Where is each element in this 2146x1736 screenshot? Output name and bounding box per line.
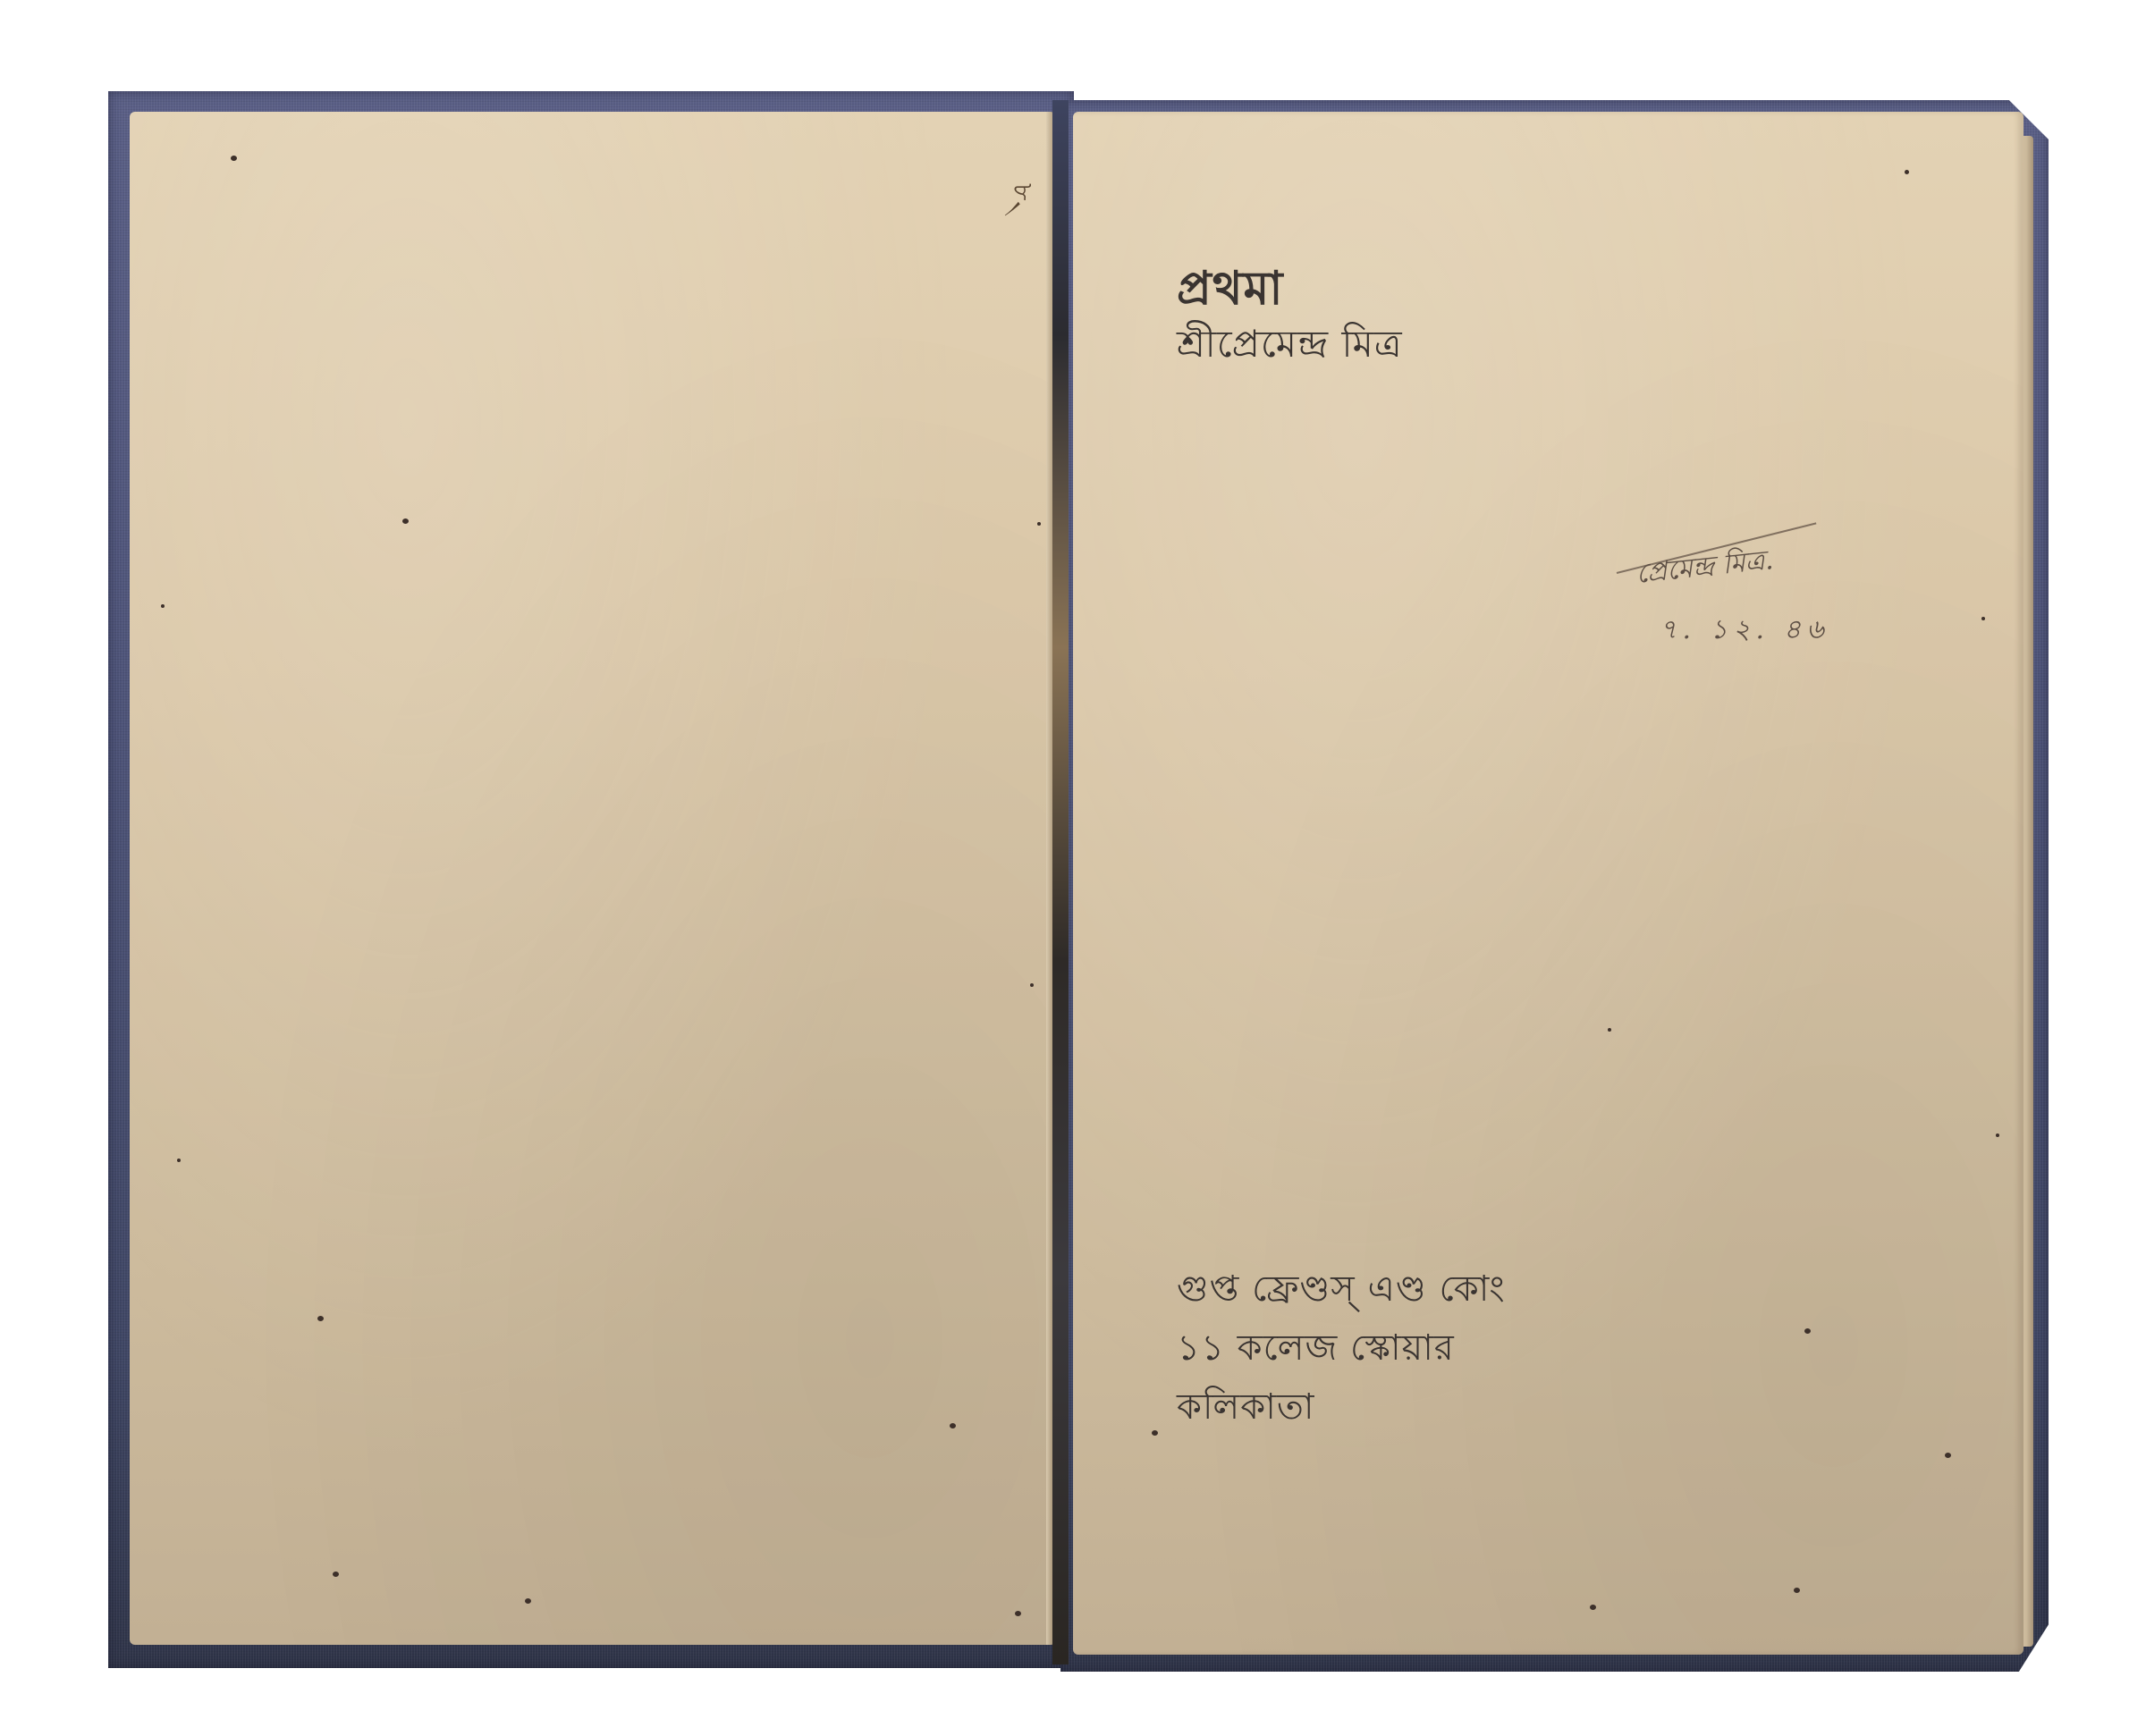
paper-speck	[1996, 1133, 1999, 1137]
gutter-page-edge	[1046, 112, 1052, 1645]
paper-speck	[1152, 1430, 1158, 1436]
paper-speck	[333, 1572, 339, 1577]
paper-speck	[1804, 1328, 1811, 1334]
paper-speck	[1608, 1028, 1611, 1032]
handwritten-date: ৭. ১২. ৪৬	[1660, 608, 1829, 653]
ink-stain-mark: ৮৲	[1009, 183, 1035, 317]
paper-speck	[1030, 983, 1034, 987]
paper-speck	[1037, 522, 1041, 526]
paper-speck	[231, 156, 237, 161]
paper-speck	[161, 604, 165, 608]
paper-speck	[402, 518, 409, 524]
paper-speck	[317, 1316, 324, 1321]
paper-speck	[1794, 1588, 1800, 1593]
publisher-city: কলিকাতা	[1177, 1378, 1314, 1438]
left-page	[130, 112, 1055, 1645]
paper-speck	[1981, 617, 1985, 620]
publisher-name: গুপ্ত ফ্রেণ্ডস্ এণ্ড কোং	[1177, 1260, 1506, 1320]
book-gutter	[1052, 100, 1069, 1664]
paper-speck	[1015, 1611, 1021, 1616]
paper-speck	[525, 1598, 531, 1604]
paper-speck	[950, 1423, 956, 1428]
book-author: শ্রীপ্রেমেন্দ্র মিত্র	[1177, 315, 1403, 378]
paper-speck	[1590, 1605, 1596, 1610]
paper-grain	[130, 112, 1055, 1645]
paper-speck	[1905, 170, 1909, 174]
paper-speck	[177, 1159, 181, 1162]
publisher-address: ১১ কলেজ স্কোয়ার	[1177, 1319, 1455, 1379]
paper-speck	[1945, 1453, 1951, 1458]
